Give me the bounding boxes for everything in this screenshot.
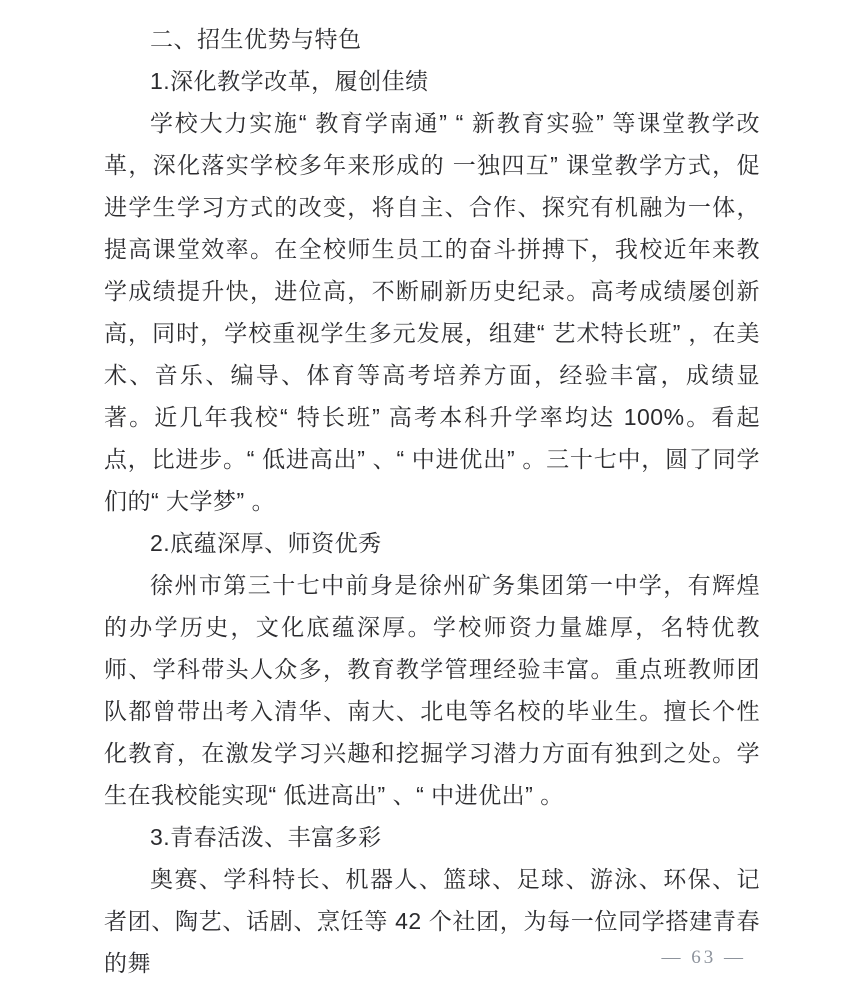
text-column: 二、招生优势与特色 1.深化教学改革，履创佳绩 学校大力实施“ 教育学南通” “… (104, 18, 760, 981)
section-heading-3: 3.青春活泼、丰富多彩 (104, 816, 760, 858)
page-title: 二、招生优势与特色 (104, 18, 760, 60)
section-heading-1: 1.深化教学改革，履创佳绩 (104, 60, 760, 102)
page-number: — 63 — (662, 947, 747, 969)
section-body-2: 徐州市第三十七中前身是徐州矿务集团第一中学，有辉煌的办学历史，文化底蕴深厚。学校… (104, 564, 760, 816)
section-body-1: 学校大力实施“ 教育学南通” “ 新教育实验” 等课堂教学改革，深化落实学校多年… (104, 102, 760, 522)
section-heading-2: 2.底蕴深厚、师资优秀 (104, 522, 760, 564)
document-page: 二、招生优势与特色 1.深化教学改革，履创佳绩 学校大力实施“ 教育学南通” “… (0, 0, 864, 981)
